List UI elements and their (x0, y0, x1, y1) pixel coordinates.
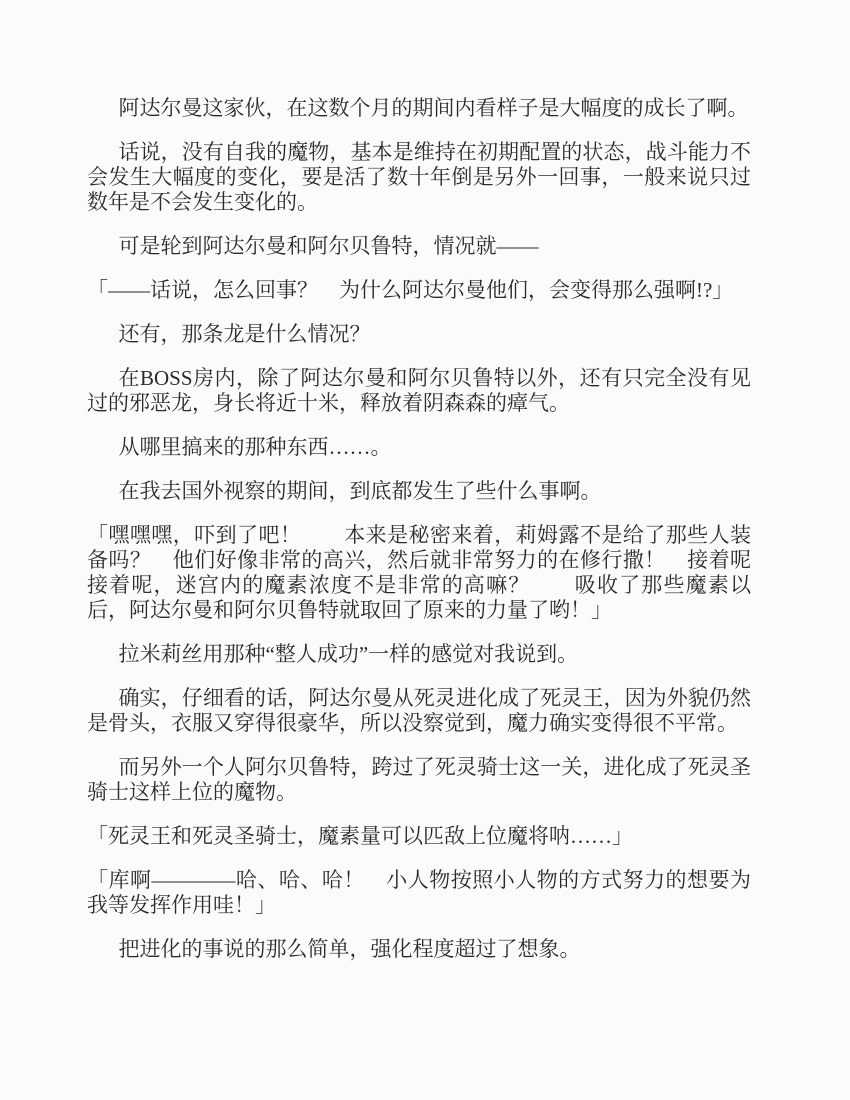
narrative-paragraph: 在BOSS房内，除了阿达尔曼和阿尔贝鲁特以外，还有只完全没有见过的邪恶龙，身长将… (87, 366, 751, 416)
narrative-paragraph: 话说，没有自我的魔物，基本是维持在初期配置的状态，战斗能力不会发生大幅度的变化，… (87, 140, 751, 215)
narrative-paragraph: 确实，仔细看的话，阿达尔曼从死灵进化成了死灵王，因为外貌仍然是骨头，衣服又穿得很… (87, 686, 751, 736)
narrative-paragraph: 拉米莉丝用那种“整人成功”一样的感觉对我说到。 (87, 642, 751, 667)
narrative-paragraph: 而另外一个人阿尔贝鲁特，跨过了死灵骑士这一关，进化成了死灵圣骑士这样上位的魔物。 (87, 755, 751, 805)
novel-page: 阿达尔曼这家伙，在这数个月的期间内看样子是大幅度的成长了啊。话说，没有自我的魔物… (0, 0, 850, 1100)
narrative-paragraph: 把进化的事说的那么简单，强化程度超过了想象。 (87, 937, 751, 962)
dialogue-paragraph: 「库啊————哈、哈、哈！ 小人物按照小人物的方式努力的想要为我等发挥作用哇！」 (87, 868, 751, 918)
narrative-paragraph: 阿达尔曼这家伙，在这数个月的期间内看样子是大幅度的成长了啊。 (87, 96, 751, 121)
novel-text-block: 阿达尔曼这家伙，在这数个月的期间内看样子是大幅度的成长了啊。话说，没有自我的魔物… (87, 96, 751, 981)
narrative-paragraph: 可是轮到阿达尔曼和阿尔贝鲁特，情况就—— (87, 234, 751, 259)
dialogue-paragraph: 「死灵王和死灵圣骑士，魔素量可以匹敌上位魔将呐……」 (87, 824, 751, 849)
narrative-paragraph: 从哪里搞来的那种东西……。 (87, 435, 751, 460)
dialogue-paragraph: 「——话说，怎么回事？ 为什么阿达尔曼他们，会变得那么强啊!?」 (87, 278, 751, 303)
narrative-paragraph: 还有，那条龙是什么情况？ (87, 322, 751, 347)
narrative-paragraph: 在我去国外视察的期间，到底都发生了些什么事啊。 (87, 479, 751, 504)
dialogue-paragraph: 「嘿嘿嘿，吓到了吧！ 本来是秘密来着，莉姆露不是给了那些人装备吗？ 他们好像非常… (87, 523, 751, 623)
